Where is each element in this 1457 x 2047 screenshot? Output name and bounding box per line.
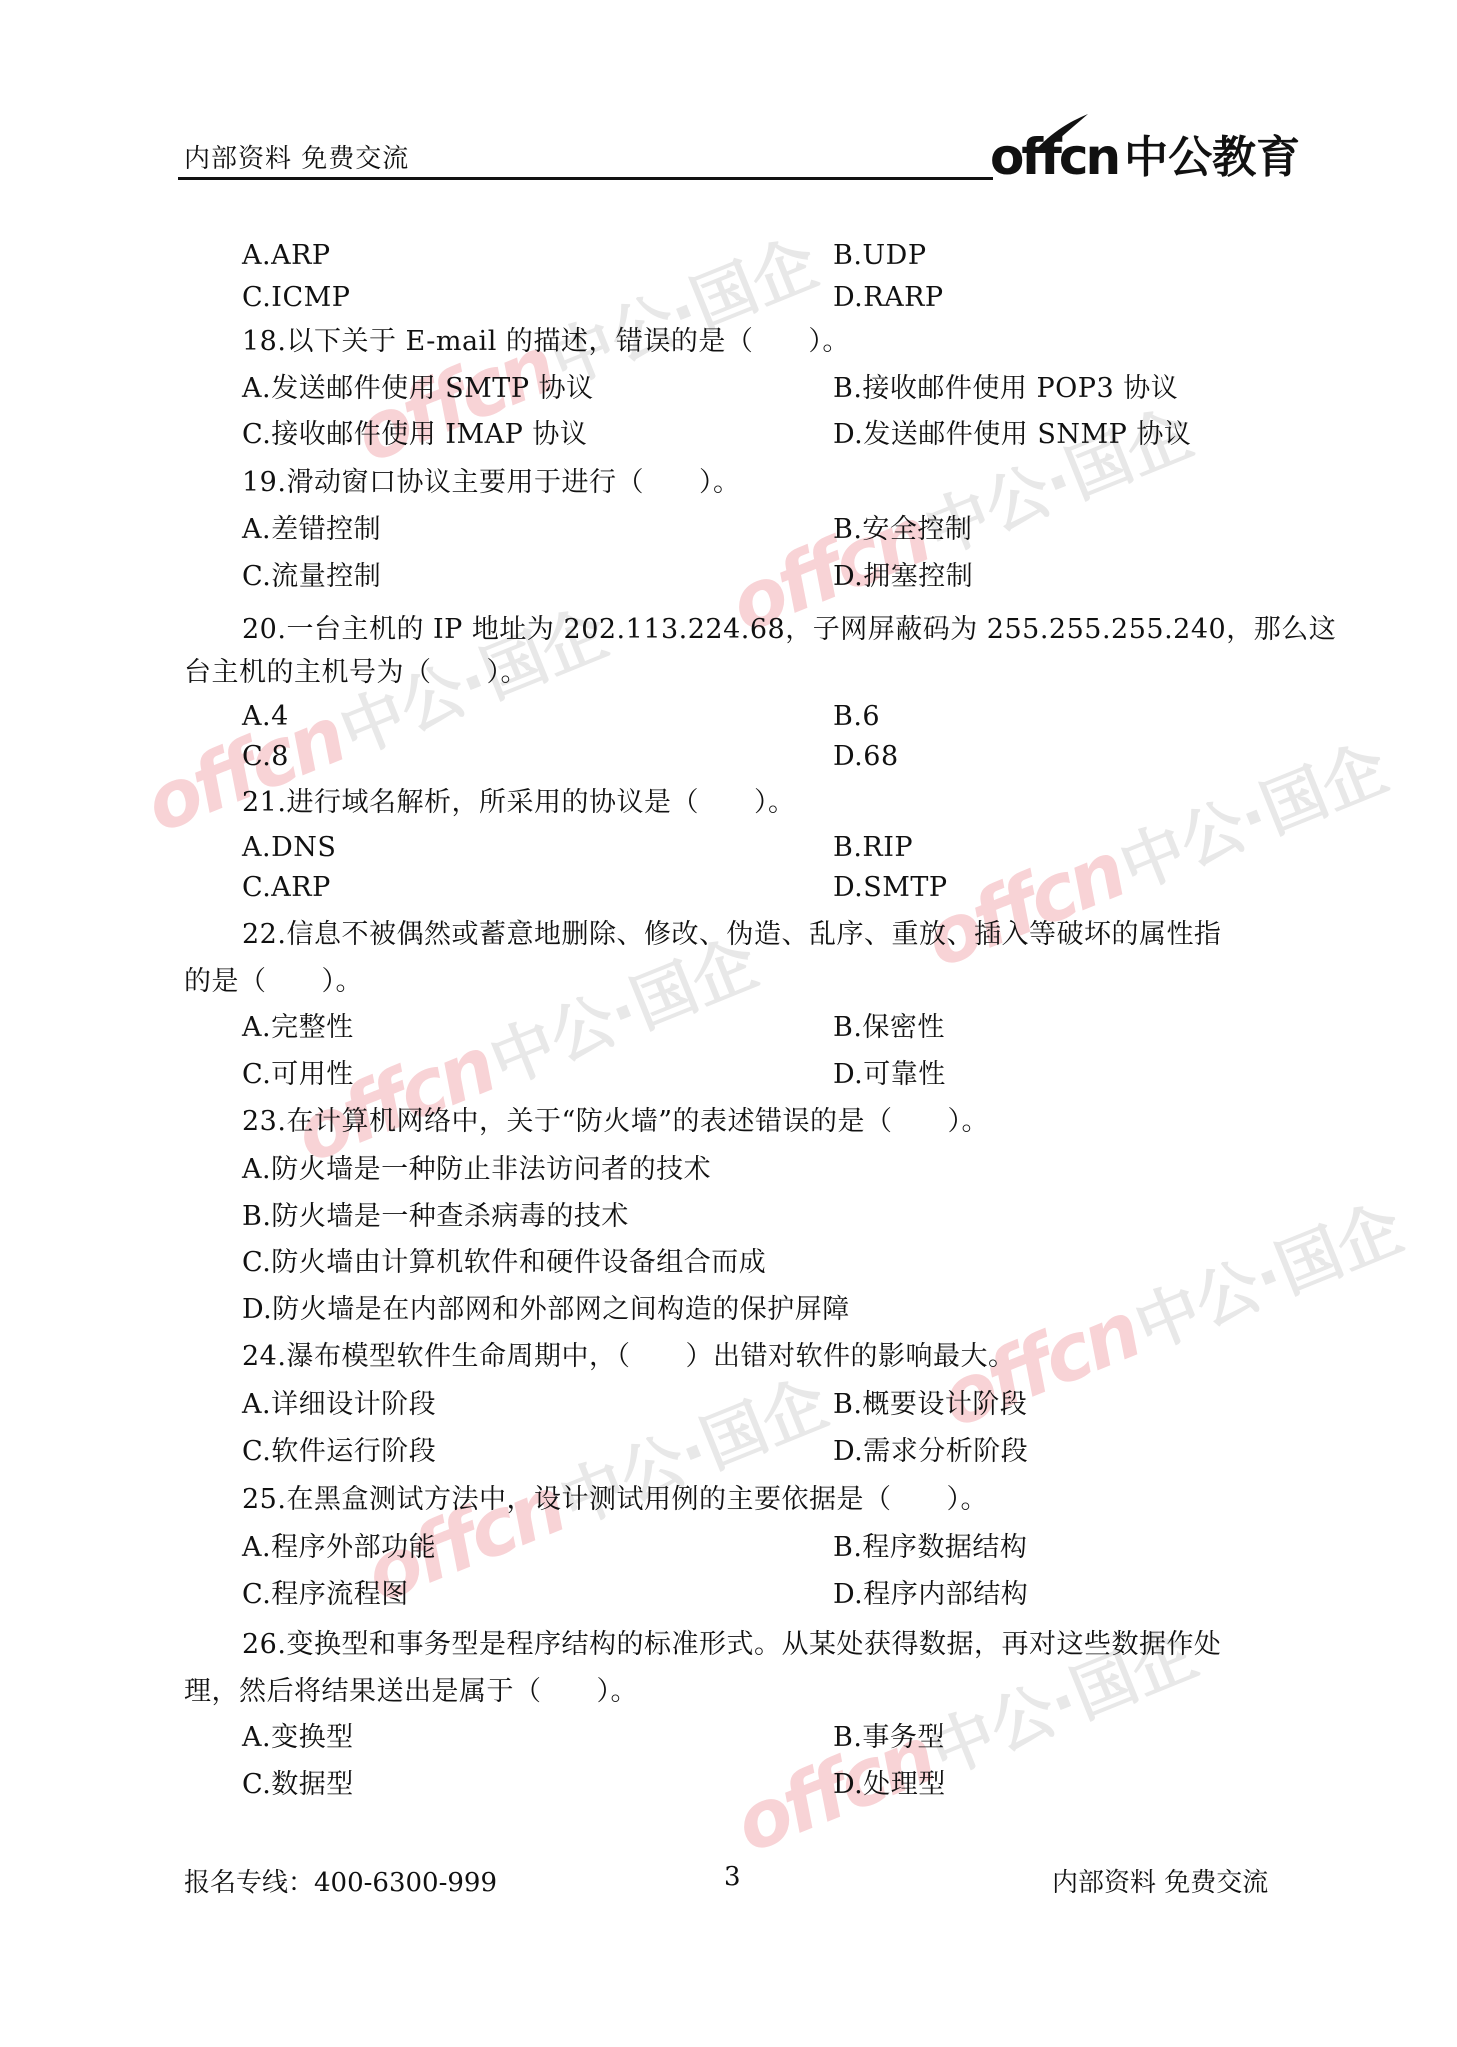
option-23-d: D.防火墙是在内部网和外部网之间构造的保护屏障: [242, 1296, 850, 1323]
header-left-text: 内部资料 免费交流: [184, 138, 409, 175]
question-20-stem-cont: 台主机的主机号为（ ）。: [184, 659, 528, 686]
option-18-d: D.发送邮件使用 SNMP 协议: [833, 421, 1191, 448]
option-17-b: B.UDP: [833, 242, 927, 269]
option-17-d: D.RARP: [833, 284, 944, 311]
option-21-a: A.DNS: [242, 834, 336, 861]
option-24-d: D.需求分析阶段: [833, 1438, 1028, 1465]
question-22-stem-cont: 的是（ ）。: [184, 968, 363, 995]
option-20-a: A.4: [242, 703, 289, 730]
option-26-c: C.数据型: [242, 1771, 354, 1798]
question-18-stem: 18.以下关于 E-mail 的描述，错误的是（ ）。: [242, 328, 850, 355]
question-26-stem: 26.变换型和事务型是程序结构的标准形式。从某处获得数据，再对这些数据作处: [242, 1631, 1221, 1658]
option-26-b: B.事务型: [833, 1724, 945, 1751]
option-26-d: D.处理型: [833, 1771, 946, 1798]
option-23-c: C.防火墙由计算机软件和硬件设备组合而成: [242, 1249, 766, 1276]
header-rule: [178, 177, 993, 180]
option-22-c: C.可用性: [242, 1061, 354, 1088]
question-20-stem: 20.一台主机的 IP 地址为 202.113.224.68，子网屏蔽码为 25…: [242, 616, 1336, 643]
swoosh-icon: [1030, 114, 1090, 154]
option-24-c: C.软件运行阶段: [242, 1438, 436, 1465]
option-23-b: B.防火墙是一种查杀病毒的技术: [242, 1203, 629, 1230]
question-25-stem: 25.在黑盒测试方法中，设计测试用例的主要依据是（ ）。: [242, 1486, 988, 1513]
option-18-c: C.接收邮件使用 IMAP 协议: [242, 421, 587, 448]
option-21-c: C.ARP: [242, 874, 331, 901]
question-21-stem: 21.进行域名解析，所采用的协议是（ ）。: [242, 789, 795, 816]
question-24-stem: 24.瀑布模型软件生命周期中，（ ）出错对软件的影响最大。: [242, 1343, 1015, 1370]
footer-right-text: 内部资料 免费交流: [1052, 1862, 1268, 1899]
logo-latin: offcn: [990, 132, 1118, 182]
question-19-stem: 19.滑动窗口协议主要用于进行（ ）。: [242, 469, 740, 496]
option-19-c: C.流量控制: [242, 563, 381, 590]
page: 内部资料 免费交流 offcn 中公教育 A.ARP B.UDP C.ICMP …: [0, 0, 1457, 2047]
hotline-label: 报名专线：: [184, 1868, 314, 1898]
option-22-b: B.保密性: [833, 1014, 945, 1041]
option-25-b: B.程序数据结构: [833, 1534, 1027, 1561]
option-23-a: A.防火墙是一种防止非法访问者的技术: [242, 1156, 711, 1183]
logo-cn: 中公教育: [1124, 136, 1300, 180]
option-20-c: C.8: [242, 743, 289, 770]
option-17-a: A.ARP: [242, 242, 331, 269]
option-25-c: C.程序流程图: [242, 1581, 409, 1608]
option-19-b: B.安全控制: [833, 516, 972, 543]
option-26-a: A.变换型: [242, 1724, 354, 1751]
option-20-d: D.68: [833, 743, 899, 770]
hotline-number: 400-6300-999: [314, 1868, 497, 1898]
option-19-a: A.差错控制: [242, 516, 381, 543]
page-number: 3: [724, 1862, 741, 1892]
option-18-a: A.发送邮件使用 SMTP 协议: [242, 375, 594, 402]
option-21-b: B.RIP: [833, 834, 913, 861]
question-22-stem: 22.信息不被偶然或蓄意地删除、修改、伪造、乱序、重放、插入等破坏的属性指: [242, 921, 1221, 948]
option-22-a: A.完整性: [242, 1014, 354, 1041]
footer-hotline: 报名专线：400-6300-999: [184, 1862, 497, 1899]
option-17-c: C.ICMP: [242, 284, 350, 311]
question-26-stem-cont: 理，然后将结果送出是属于（ ）。: [184, 1678, 638, 1705]
offcn-logo: offcn 中公教育: [990, 112, 1300, 182]
option-19-d: D.拥塞控制: [833, 563, 973, 590]
option-25-d: D.程序内部结构: [833, 1581, 1028, 1608]
option-18-b: B.接收邮件使用 POP3 协议: [833, 375, 1178, 402]
question-23-stem: 23.在计算机网络中，关于“防火墙”的表述错误的是（ ）。: [242, 1108, 989, 1135]
option-21-d: D.SMTP: [833, 874, 948, 901]
option-24-a: A.详细设计阶段: [242, 1391, 436, 1418]
option-25-a: A.程序外部功能: [242, 1534, 436, 1561]
option-20-b: B.6: [833, 703, 880, 730]
option-22-d: D.可靠性: [833, 1061, 946, 1088]
option-24-b: B.概要设计阶段: [833, 1391, 1027, 1418]
